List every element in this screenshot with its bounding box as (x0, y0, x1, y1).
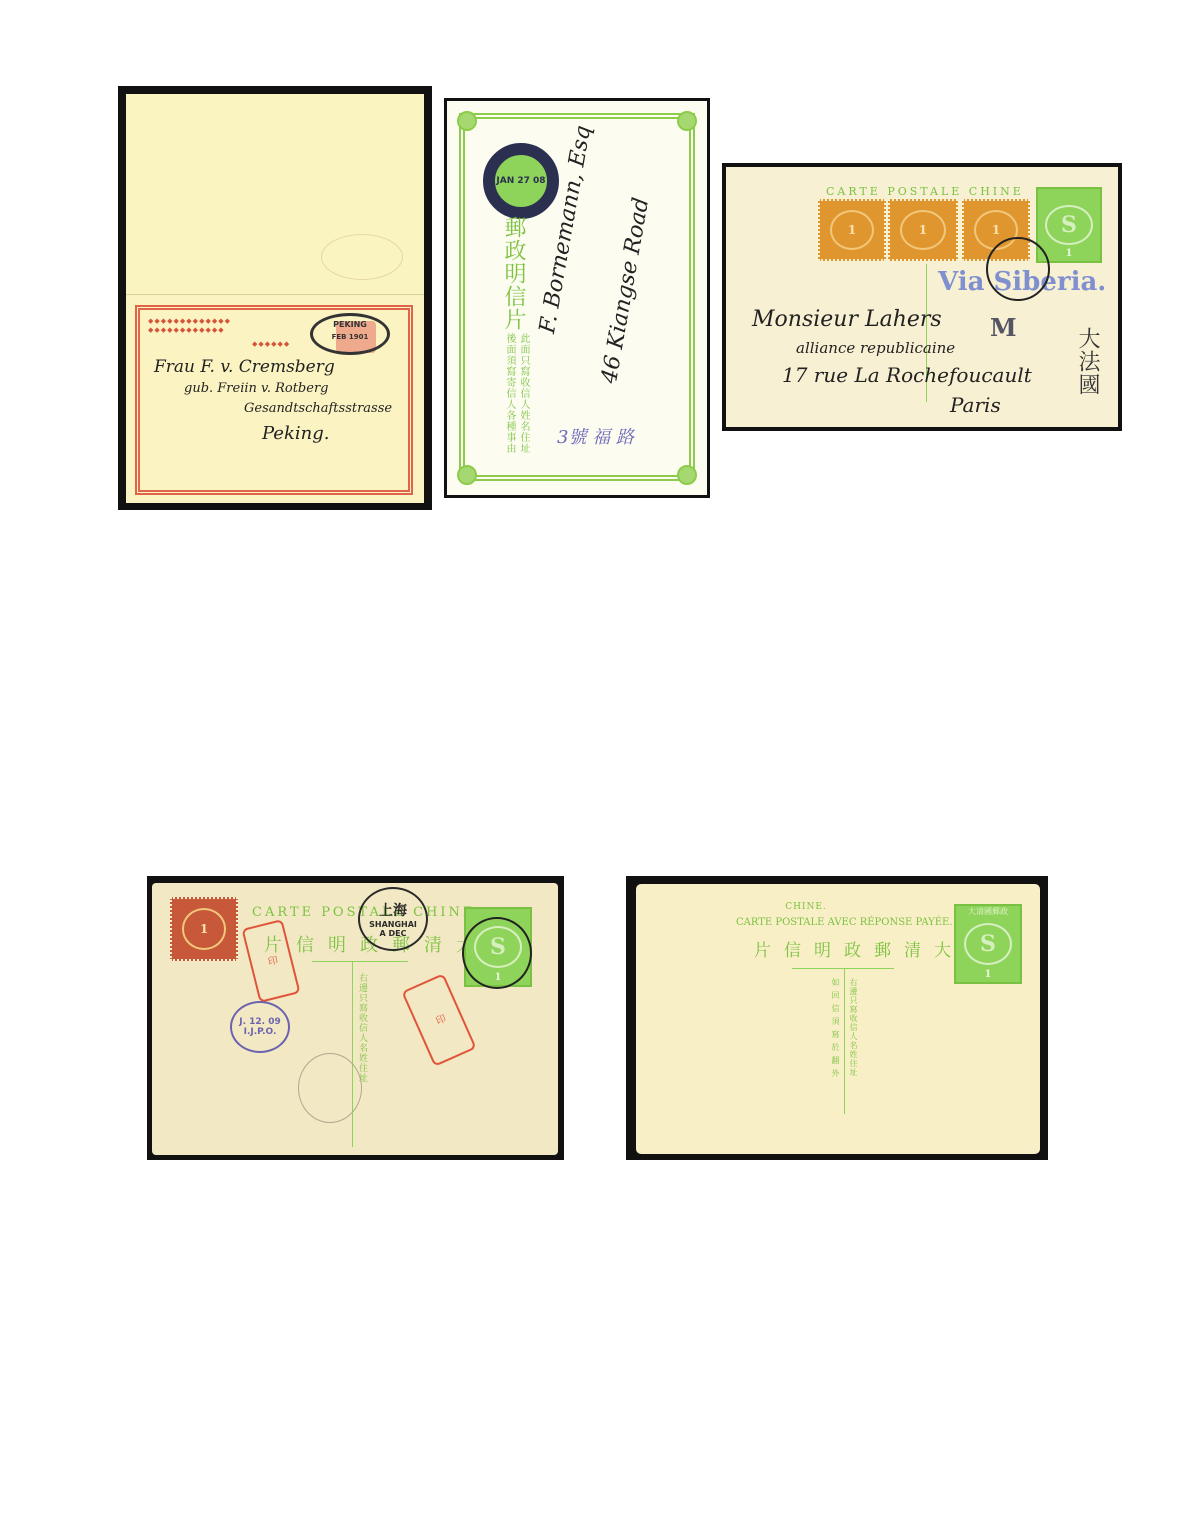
card-header: CARTE POSTALE AVEC RÉPONSE PAYÉE. (736, 917, 953, 928)
instruction-cn: 後面須寫寄信人各種事由 (503, 333, 516, 454)
instruction-cn: 右邊只寫收信人名姓住址 (356, 973, 369, 1083)
m-handstamp: M (990, 313, 1017, 342)
message-card-half: ◆◆◆◆◆◆◆◆◆◆◆◆◆ ◆◆◆◆◆◆◆◆◆◆◆◆ ◆◆◆◆◆◆ PEKING… (126, 294, 424, 503)
card-header: CARTE POSTALE CHINE (826, 185, 1024, 198)
circular-cancel (986, 237, 1050, 301)
faint-cancel (298, 1053, 362, 1123)
address-line: alliance republicaine (796, 339, 955, 357)
ghost-cancel (321, 234, 403, 280)
card-title-cn: 大清郵政明信片 (754, 936, 964, 961)
divider-line (844, 968, 845, 1114)
address-line: gub. Freiin v. Rotberg (184, 381, 329, 396)
postcard-shanghai-jpo: CARTE POSTALE CHINE. 大清郵政明信片 右邊只寫收信人名姓住址… (147, 876, 564, 1160)
divider-line (792, 968, 894, 969)
address-line: 17 rue La Rochefoucault (782, 363, 1032, 387)
yin-yang-corner-icon (677, 111, 697, 131)
address-line: Monsieur Lahers (752, 307, 942, 332)
circular-cancel (462, 917, 532, 989)
divider-line (352, 961, 353, 1147)
instruction-line: ◆◆◆◆◆◆◆◆◆◆◆◆◆ (148, 317, 231, 325)
instruction-cn: 如回信須寫於翻外 (830, 978, 840, 1082)
postcard-peking-red: ◆◆◆◆◆◆◆◆◆◆◆◆◆ ◆◆◆◆◆◆◆◆◆◆◆◆ ◆◆◆◆◆◆ PEKING… (118, 86, 432, 510)
coiling-dragon-stamp: 1 (818, 199, 886, 261)
address-line: Gesandtschaftsstrasse (244, 401, 392, 416)
divider-line (312, 961, 408, 962)
yin-yang-corner-icon (457, 111, 477, 131)
coiling-dragon-stamp: 1 (170, 897, 238, 961)
red-chop-mark: 印 (401, 973, 476, 1067)
shanghai-cancel: 上海SHANGHAIA DEC (358, 887, 428, 951)
yin-yang-corner-icon (457, 465, 477, 485)
shanghai-local-cancel: JAN 27 08 (483, 143, 559, 219)
yin-yang-corner-icon (677, 465, 697, 485)
postcard-shanghai-green: JAN 27 08 郵政明信片 此面只寫收信人姓名住址 後面須寫寄信人各種事由 … (444, 98, 710, 498)
reply-card-half (126, 94, 424, 294)
coiling-dragon-stamp: 1 (888, 199, 958, 261)
instruction-line: ◆◆◆◆◆◆◆◆◆◆◆◆ (148, 326, 225, 334)
postcard-via-siberia: CARTE POSTALE CHINE 1 1 1 S1 Via Siberia… (722, 163, 1122, 431)
postcard-reply-paid-unused: CHINE. CARTE POSTALE AVEC RÉPONSE PAYÉE.… (626, 876, 1048, 1160)
dragon-indicium: 大清國郵政 S 1 (954, 904, 1022, 984)
peking-oval-cancel: PEKING FEB 1901 (310, 313, 390, 355)
dragon-indicium: S1 (1036, 187, 1102, 263)
address-line: Peking. (262, 423, 329, 444)
instruction-line: ◆◆◆◆◆◆ (252, 340, 290, 348)
country-label: CHINE. (636, 902, 976, 912)
card-title-cn: 郵政明信片 (499, 216, 527, 331)
jpo-cancel: J. 12. 09I.J.P.O. (230, 1001, 290, 1053)
instruction-cn: 此面只寫收信人姓名住址 (517, 333, 530, 454)
instruction-cn: 右邊只寫收信人名姓住址 (848, 978, 859, 1077)
address-line: Paris (950, 393, 1001, 417)
address-line: Frau F. v. Cremsberg (154, 357, 335, 377)
annotation-cn: 3號 福 路 (557, 423, 634, 449)
annotation-cn: 大法國 (1072, 327, 1103, 396)
